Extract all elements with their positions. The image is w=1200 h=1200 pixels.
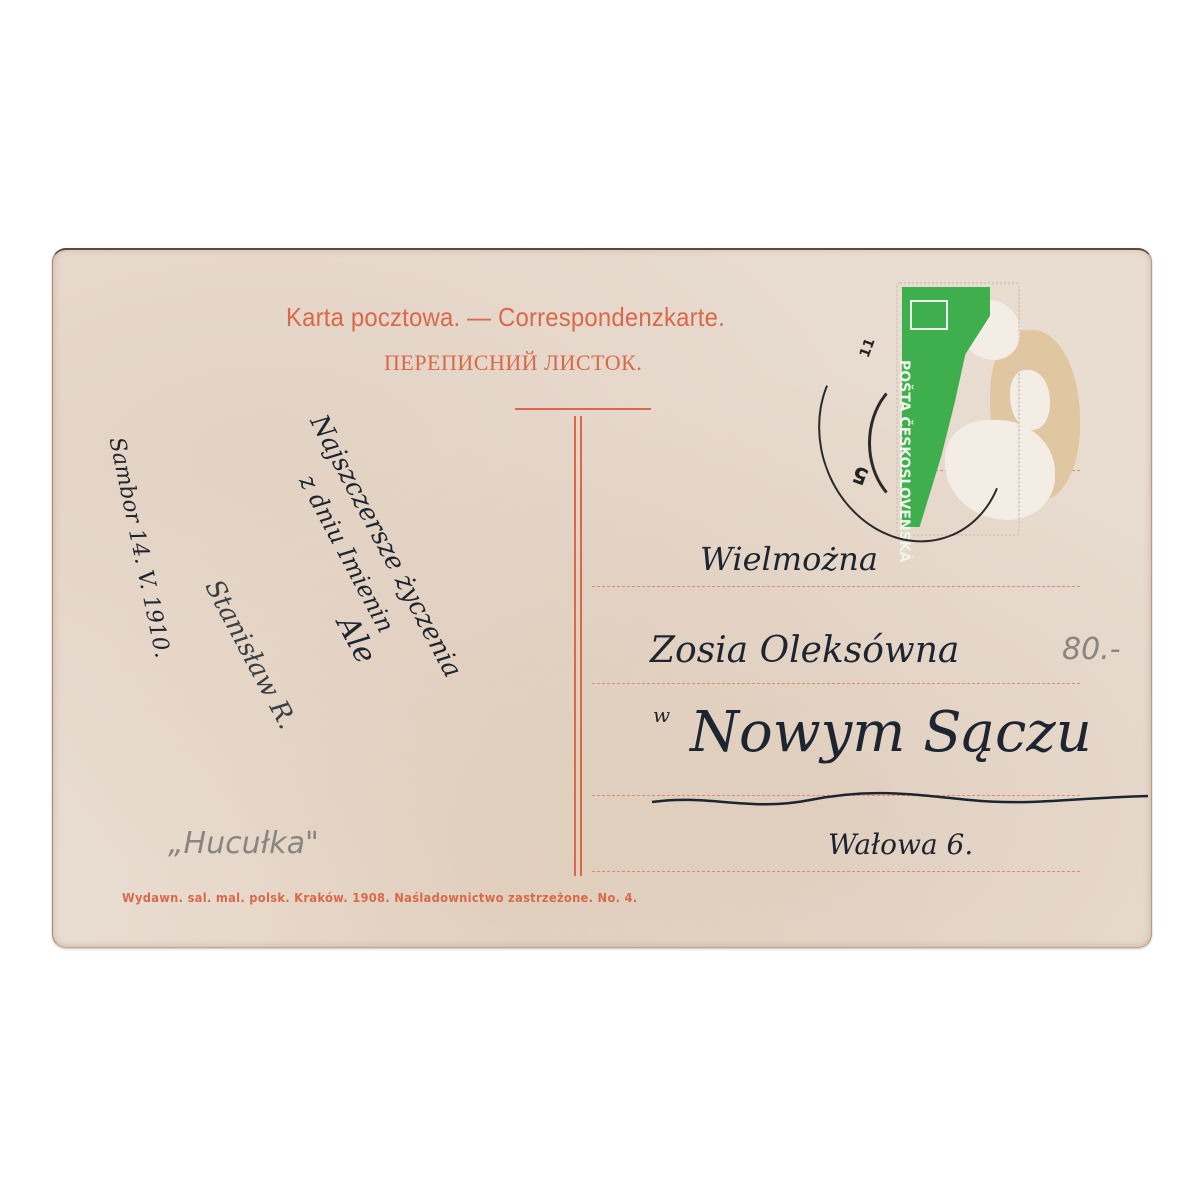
- pencil-note: „Hucułka": [168, 826, 319, 861]
- address-prefix: w: [653, 703, 670, 727]
- publisher-footer: Wydawn. sal. mal. polsk. Kraków. 1908. N…: [122, 890, 637, 905]
- address-line-1: [592, 586, 1080, 587]
- postmark-inner-ring: [868, 375, 974, 511]
- address-city: Nowym Sączu: [690, 700, 1092, 765]
- price-note: 80.-: [1062, 632, 1121, 667]
- divider-line-right: [580, 416, 582, 876]
- address-line-2: [592, 683, 1080, 684]
- divider-line-left: [574, 416, 576, 876]
- city-underline: [650, 790, 1150, 820]
- postcard-title-cyrillic: ПЕРЕПИСНИЙ ЛИСТОК.: [384, 350, 642, 376]
- stamp-value-frame: [910, 300, 948, 330]
- address-line-4: [592, 871, 1080, 872]
- address-salutation: Wielmożna: [700, 540, 878, 578]
- divider-top-bar: [515, 408, 651, 410]
- address-recipient: Zosia Oleksówna: [650, 630, 959, 671]
- postcard-title: Karta pocztowa. — Correspondenzkarte.: [286, 302, 725, 333]
- address-street: Wałowa 6.: [828, 828, 973, 861]
